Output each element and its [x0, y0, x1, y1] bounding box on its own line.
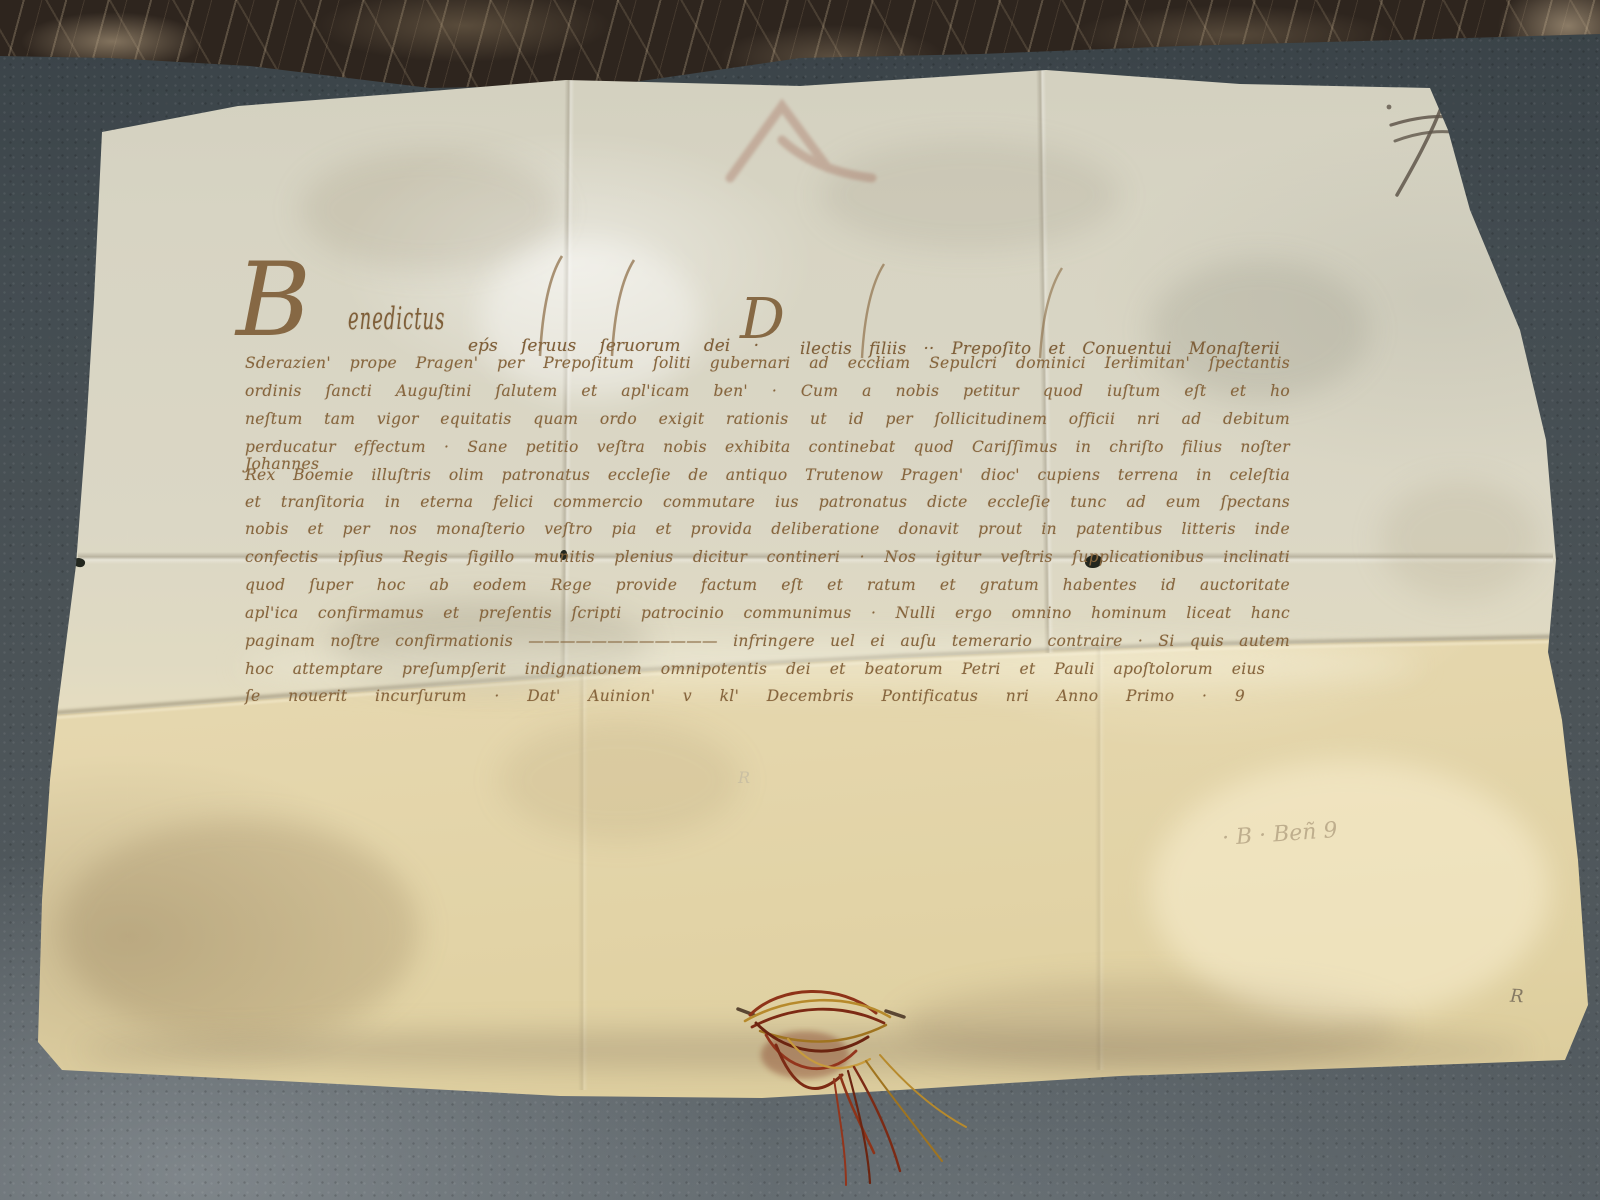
- charter-text-line: et tranſitoria in eterna felici commerci…: [245, 494, 1290, 512]
- charter-text-line: hoc attemptare preſumpſerit indignatione…: [245, 661, 1265, 679]
- charter-text-line: apl'ica confirmamus et preſentis ſcripti…: [245, 605, 1290, 623]
- charter-text-line: Sderazien' prope Pragen' per Prepoſitum …: [245, 355, 1290, 373]
- charter-text-line: paginam noſtre confirmationis ——————————…: [245, 633, 1290, 651]
- charter-text-line: confectis ipſius Regis ſigillo munitis p…: [245, 549, 1290, 567]
- ascender-flourish: [240, 248, 1440, 368]
- charter-text-line: ſe nouerit incurſurum · Dat' Auinion' v …: [245, 688, 1245, 706]
- charter-text-line: nobis et per nos monaſterio veſtro pia e…: [245, 521, 1290, 539]
- archival-pen-mark: [1385, 95, 1475, 205]
- charter-text-line: neſtum tam vigor equitatis quam ordo exi…: [245, 411, 1290, 429]
- charter-text-line: perducatur effectum · Sane petitio veſtr…: [245, 439, 1290, 457]
- marble-table-edge: [0, 0, 1600, 92]
- seal-threads: [690, 975, 1000, 1190]
- charter-text-line: ordinis ſancti Auguſtini ſalutem et apl'…: [245, 383, 1290, 401]
- charter-text-line: quod ſuper hoc ab eodem Rege provide fac…: [245, 577, 1290, 595]
- thread-strand: [745, 991, 966, 1185]
- red-chalk-mark: [690, 78, 910, 218]
- charter-text-line: Rex Boemie illuſtris olim patronatus ecc…: [245, 467, 1290, 485]
